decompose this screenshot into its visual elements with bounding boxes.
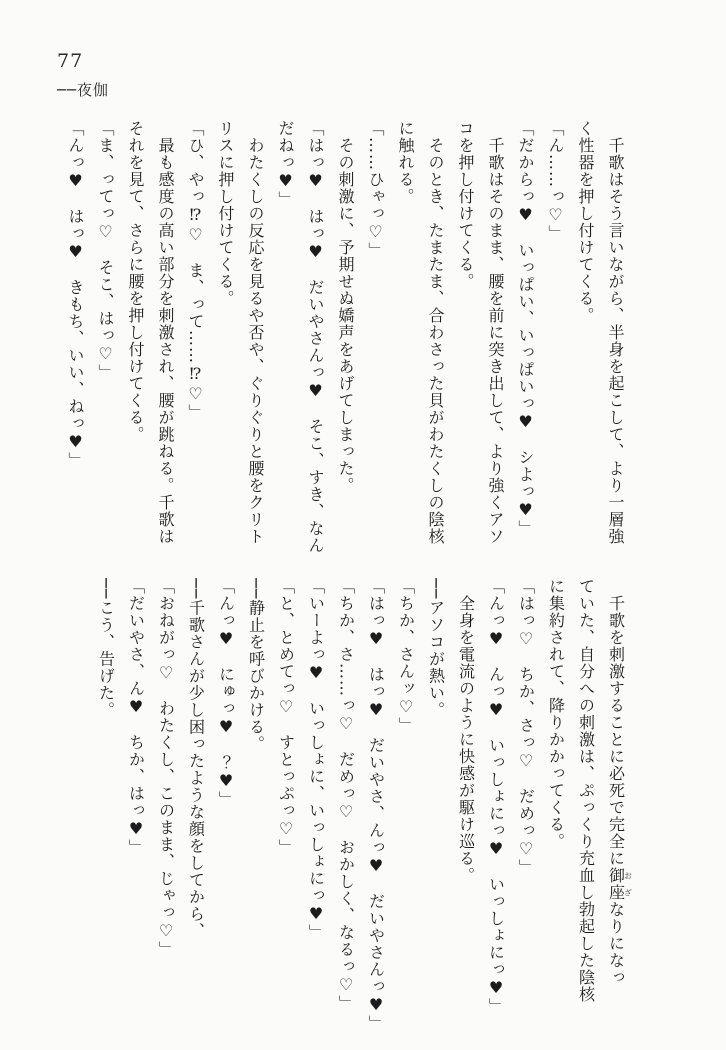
text-segment: なりになっ <box>607 901 626 986</box>
text-segment: 千歌を刺激することに必死で完全に <box>607 595 626 867</box>
text-line: 全身を電流のように快感が駆け巡る。 <box>451 578 481 1023</box>
top-text-block: 千歌はそう言いながら、半身を起こして、より一層強 く性器を押し付けてくる。 「ん… <box>60 120 630 565</box>
text-line: だねっ♥」 <box>270 120 300 565</box>
text-line: 千歌を刺激することに必死で完全に御座おざなりになっ <box>601 578 633 1023</box>
text-line: 「ん……っ♡」 <box>540 120 570 565</box>
text-line: 「んっ♥ はっ♥ きもち、いい、ねっ♥」 <box>60 120 90 565</box>
text-line: 「だからっ♥ いっぱい、いっぱいっ♥ シよっ♥」 <box>510 120 540 565</box>
text-line: 「んっ♥ んっ♥ いっしょにっ♥ いっしょにっ♥」 <box>481 578 511 1023</box>
book-page: 77 ──夜伽 千歌はそう言いながら、半身を起こして、より一層強 く性器を押し付… <box>0 0 726 1050</box>
page-number: 77 <box>57 50 109 72</box>
furigana-ruby: 御座おざ <box>607 867 626 901</box>
text-line: に触れる。 <box>390 120 420 565</box>
text-line: く性器を押し付けてくる。 <box>570 120 600 565</box>
text-line: コを押し付けてくる。 <box>450 120 480 565</box>
text-line: に集約されて、降りかかってくる。 <box>541 578 571 1023</box>
text-line: そのとき、たまたま、合わさった貝がわたくしの陰核 <box>420 120 450 565</box>
text-line: ──静止を呼びかける。 <box>241 578 271 1023</box>
text-line: 「ひ、やっ⁉♡ ま、って……⁉♡」 <box>180 120 210 565</box>
text-line: 「だいやさ、ん♥ ちか、はっ♥」 <box>121 578 151 1023</box>
text-line: リスに押し付けてくる。 <box>210 120 240 565</box>
text-line: それを見て、さらに腰を押し付けてくる。 <box>120 120 150 565</box>
bottom-text-block: 千歌を刺激することに必死で完全に御座おざなりになっ ていた、自分への刺激は、ぷっ… <box>91 578 633 1023</box>
text-line: ──こう、告げた。 <box>91 578 121 1023</box>
text-line: 「いーよっ♥ いっしょに、いっしょにっ♥」 <box>301 578 331 1023</box>
text-line: 最も感度の高い部分を刺激され、腰が跳ねる。千歌は <box>150 120 180 565</box>
text-line: 「はっ♥ はっ♥ だいやさ、んっ♥ だいやさんっ♥」 <box>361 578 391 1023</box>
text-line: 「と、とめてっ♡ すとっぷっ♡」 <box>271 578 301 1023</box>
text-line: 千歌はそのまま、腰を前に突き出して、より強くアソ <box>480 120 510 565</box>
page-header: 77 ──夜伽 <box>57 50 109 100</box>
text-line: ──千歌さんが少し困ったような顔をしてから、 <box>181 578 211 1023</box>
text-line: 「ちか、さ……っ♡ だめっ♡ おかしく、なるっ♡」 <box>331 578 361 1023</box>
text-line: 千歌はそう言いながら、半身を起こして、より一層強 <box>600 120 630 565</box>
text-line: 「ま、ってっ♡ そこ、はっ♡」 <box>90 120 120 565</box>
ruby-text: おざ <box>624 867 633 901</box>
text-line: ていた、自分への刺激は、ぷっくり充血し勃起した陰核 <box>571 578 601 1023</box>
chapter-running-header: ──夜伽 <box>57 79 109 100</box>
text-line: 「おねがっ♡ わたくし、このまま、じゃっ♡」 <box>151 578 181 1023</box>
text-line: その刺激に、予期せぬ嬌声をあげてしまった。 <box>330 120 360 565</box>
text-line: 「んっ♥ にゅっ♥ ？♥」 <box>211 578 241 1023</box>
text-line: 「はっ♥ はっ♥ だいやさんっ♥ そこ、すき、なん <box>300 120 330 565</box>
text-line: 「……ひゃっ♡」 <box>360 120 390 565</box>
text-line: ──アソコが熱い。 <box>421 578 451 1023</box>
text-line: 「はっ♡ ちか、さっ♡ だめっ♡」 <box>511 578 541 1023</box>
text-line: わたくしの反応を見るや否や、ぐりぐりと腰をクリト <box>240 120 270 565</box>
text-line: 「ちか、さんッ♡」 <box>391 578 421 1023</box>
